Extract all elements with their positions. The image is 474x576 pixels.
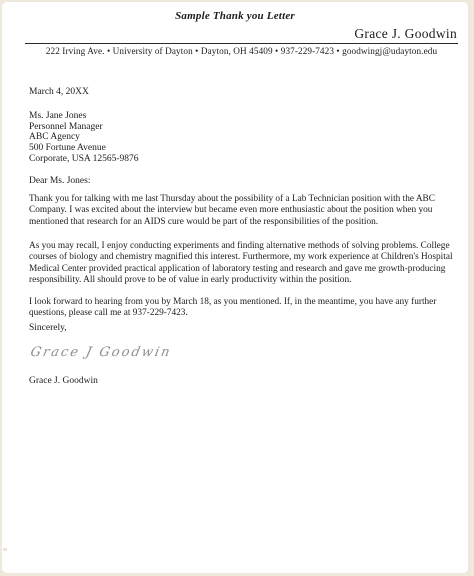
- recipient-city: Corporate, USA 12565-9876: [29, 154, 139, 165]
- handwritten-signature: Grace J Goodwin: [29, 345, 173, 360]
- recipient-company: ABC Agency: [29, 132, 139, 143]
- letter-date: March 4, 20XX: [29, 87, 89, 97]
- typed-signature-name: Grace J. Goodwin: [29, 376, 98, 386]
- salutation: Dear Ms. Jones:: [29, 176, 90, 186]
- recipient-title: Personnel Manager: [29, 122, 139, 133]
- scan-artifact-mark: [3, 548, 7, 551]
- letterhead-name: Grace J. Goodwin: [25, 26, 458, 44]
- body-paragraph-1: Thank you for talking with me last Thurs…: [29, 194, 454, 228]
- body-paragraph-2: As you may recall, I enjoy conducting ex…: [29, 241, 454, 287]
- letterhead: Grace J. Goodwin 222 Irving Ave. • Unive…: [25, 26, 458, 56]
- body-paragraph-3: I look forward to hearing from you by Ma…: [29, 297, 454, 320]
- recipient-address-block: Ms. Jane Jones Personnel Manager ABC Age…: [29, 111, 139, 165]
- closing-salutation: Sincerely,: [29, 323, 67, 333]
- recipient-street: 500 Fortune Avenue: [29, 143, 139, 154]
- letterhead-contact-line: 222 Irving Ave. • University of Dayton •…: [25, 46, 458, 56]
- document-title: Sample Thank you Letter: [2, 10, 468, 22]
- recipient-name: Ms. Jane Jones: [29, 111, 139, 122]
- letter-page: Sample Thank you Letter Grace J. Goodwin…: [2, 2, 468, 573]
